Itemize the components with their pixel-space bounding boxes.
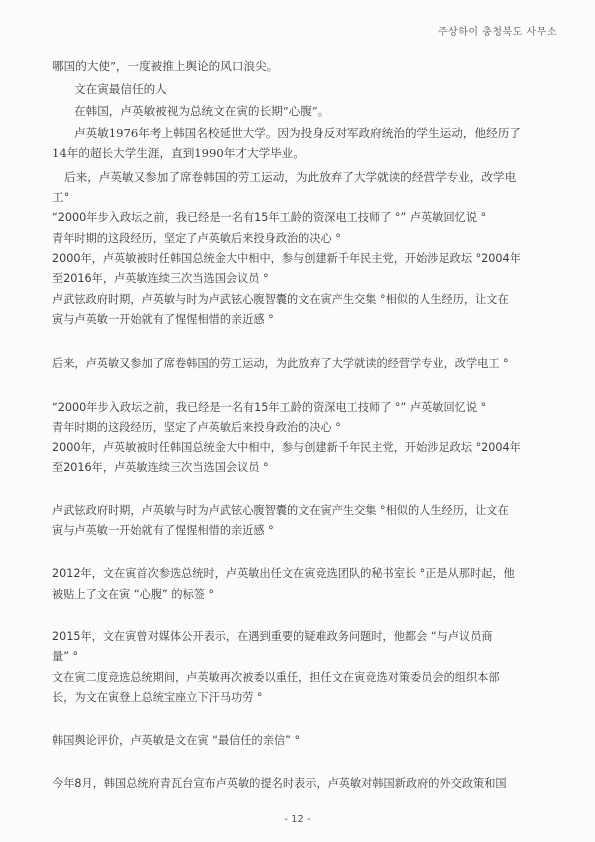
text-line: “2000年步入政坛之前，我已经是一名有15年工龄的资深电工技师了 °” 卢英敏… <box>52 401 486 415</box>
text-line: 卢武铉政府时期，卢英敏与时为卢武铉心腹智囊的文在寅产生交集 °相似的人生经历，让… <box>52 293 509 307</box>
text-line: 寅与卢英敏一开始就有了惺惺相惜的亲近感 ° <box>52 313 274 327</box>
text-line: 2012年，文在寅首次参选总统时，卢英敏出任文在寅竞选团队的秘书室长 °正是从那… <box>52 567 515 581</box>
text-line: 2000年，卢英敏被时任韩国总统金大中相中，参与创建新千年民主党，开始涉足政坛 … <box>52 441 521 455</box>
text-line: 在韩国，卢英敏被视为总统文在寅的长期“心腹”。 <box>74 104 329 118</box>
text-line: 长，为文在寅登上总统宝座立下汗马功劳 ° <box>52 691 263 705</box>
text-line: “2000年步入政坛之前，我已经是一名有15年工龄的资深电工技师了 °” 卢英敏… <box>52 211 486 225</box>
section-heading: 文在寅最信任的人 <box>74 82 167 96</box>
text-line: 量” ° <box>52 650 78 664</box>
text-line: 今年8月，韩国总统府青瓦台宣布卢英敏的提名时表示，卢英敏对韩国新政府的外交政策和… <box>52 777 507 791</box>
text-line: 卢武铉政府时期，卢英敏与时为卢武铉心腹智囊的文在寅产生交集 °相似的人生经历，让… <box>52 504 509 518</box>
page-header-office: 주상하이 충청북도 사무소 <box>438 23 557 38</box>
text-line: 卢英敏1976年考上韩国名校延世大学。因为投身反对军政府统治的学生运动，他经历了 <box>74 126 521 140</box>
text-line: 寅与卢英敏一开始就有了惺惺相惜的亲近感 ° <box>52 524 274 538</box>
text-line: 青年时期的这段经历，坚定了卢英敏后来投身政治的决心 ° <box>52 232 341 246</box>
text-line: 韩国舆论评价，卢英敏是文在寅 “最信任的亲信” ° <box>52 734 300 748</box>
text-line: 文在寅二度竞选总统期间，卢英敏再次被委以重任，担任文在寅竞选对策委员会的组织本部 <box>52 671 500 685</box>
text-line: 至2016年，卢英敏连续三次当选国会议员 ° <box>52 272 269 286</box>
text-line: 被贴上了文在寅 “心腹” 的标签 ° <box>52 588 214 602</box>
page-number: - 12 - <box>0 814 595 825</box>
text-line: 14年的超长大学生涯，直到1990年才大学毕业。 <box>52 146 305 160</box>
document-page: 주상하이 충청북도 사무소 哪国的大使”，一度被推上舆论的风口浪尖。 文在寅最信… <box>0 0 595 842</box>
text-line: 工° <box>52 190 69 204</box>
text-line: 青年时期的这段经历，坚定了卢英敏后来投身政治的决心 ° <box>52 421 341 435</box>
text-line: 后来，卢英敏又参加了席卷韩国的劳工运动，为此放弃了大学就读的经营学专业，改学电 <box>64 170 516 184</box>
text-line: 哪国的大使”，一度被推上舆论的风口浪尖。 <box>52 59 278 73</box>
text-line: 2015年，文在寅曾对媒体公开表示，在遇到重要的疑难政务问题时，他都会 “与卢议… <box>52 630 493 644</box>
text-line: 至2016年，卢英敏连续三次当选国会议员 ° <box>52 461 269 475</box>
text-line: 后来，卢英敏又参加了席卷韩国的劳工运动，为此放弃了大学就读的经营学专业，改学电工… <box>52 357 509 371</box>
text-line: 2000年，卢英敏被时任韩国总统金大中相中，参与创建新千年民主党，开始涉足政坛 … <box>52 252 521 266</box>
